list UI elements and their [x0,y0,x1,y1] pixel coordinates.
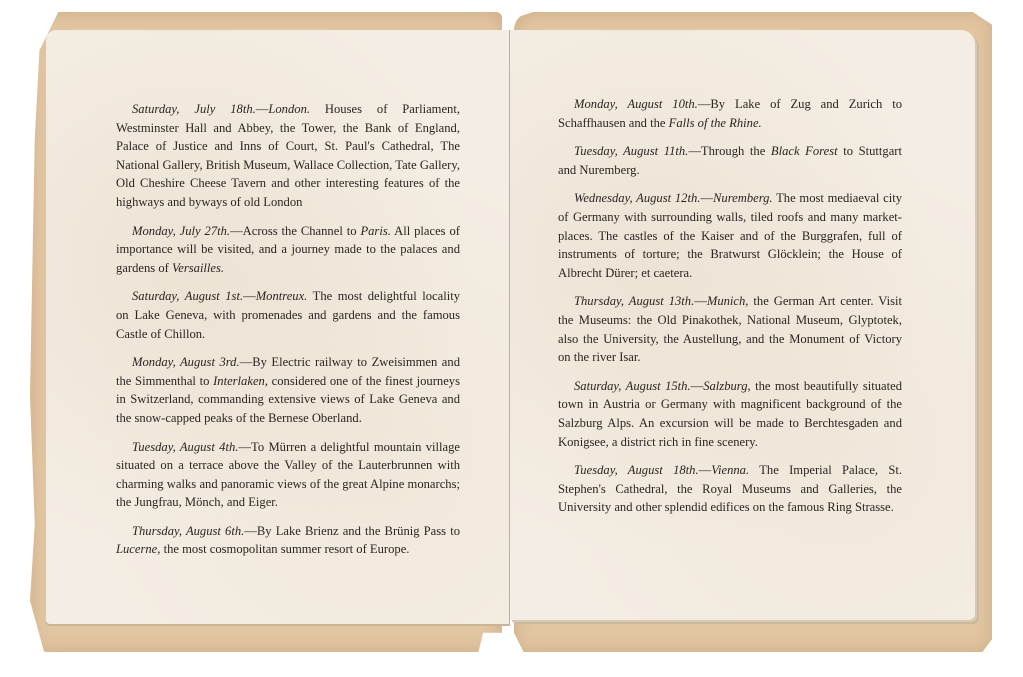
itinerary-entry-murren: Tuesday, August 4th.—To Mürren a delight… [116,438,460,512]
entry-date: Saturday, August 1st. [132,289,243,303]
dash: — [700,191,713,205]
itinerary-entry-nuremberg: Wednesday, August 12th.—Nuremberg. The m… [558,189,902,282]
dash: — [699,463,712,477]
itinerary-entry-montreux: Saturday, August 1st.—Montreux. The most… [116,287,460,343]
left-page-text: Saturday, July 18th.—London. Houses of P… [116,100,460,569]
entry-date: Saturday, July 18th. [132,102,256,116]
entry-text: Through the [701,144,771,158]
entry-text: Across the Channel to [243,224,361,238]
dash: — [230,224,243,238]
entry-place: Salzburg, [703,379,750,393]
entry-date: Monday, August 10th. [574,97,698,111]
itinerary-entry-salzburg: Saturday, August 15th.—Salzburg, the mos… [558,377,902,451]
entry-place: Interlaken, [213,374,268,388]
entry-date: Monday, August 3rd. [132,355,240,369]
dash: — [694,294,707,308]
dash: — [688,144,701,158]
entry-date: Tuesday, August 4th. [132,440,238,454]
dash: — [240,355,253,369]
entry-date: Monday, July 27th. [132,224,230,238]
itinerary-entry-munich: Thursday, August 13th.—Munich, the Germa… [558,292,902,366]
entry-place: Vienna. [711,463,749,477]
entry-place: Montreux. [256,289,308,303]
entry-place: Nuremberg. [713,191,773,205]
entry-place: Versailles. [172,261,224,275]
dash: — [243,289,256,303]
itinerary-entry-black-forest: Tuesday, August 11th.—Through the Black … [558,142,902,179]
book-gutter [509,30,510,624]
itinerary-entry-lucerne: Thursday, August 6th.—By Lake Brienz and… [116,522,460,559]
entry-place: Lucerne, [116,542,160,556]
entry-place: London. [268,102,310,116]
entry-text: Houses of Parliament, Westminster Hall a… [116,102,460,209]
entry-date: Thursday, August 13th. [574,294,694,308]
itinerary-entry-vienna: Tuesday, August 18th.—Vienna. The Imperi… [558,461,902,517]
itinerary-entry-interlaken: Monday, August 3rd.—By Electric railway … [116,353,460,427]
itinerary-entry-london: Saturday, July 18th.—London. Houses of P… [116,100,460,212]
right-page-text: Monday, August 10th.—By Lake of Zug and … [558,95,902,527]
entry-date: Thursday, August 6th. [132,524,244,538]
entry-place: Paris. [360,224,390,238]
dash: — [238,440,251,454]
entry-place: Munich, [707,294,749,308]
dash: — [256,102,269,116]
itinerary-entry-rhine: Monday, August 10th.—By Lake of Zug and … [558,95,902,132]
dash: — [691,379,704,393]
entry-place: Falls of the Rhine. [669,116,762,130]
entry-date: Tuesday, August 18th. [574,463,699,477]
entry-text: the most cosmopolitan summer resort of E… [160,542,409,556]
entry-text: By Lake Brienz and the Brünig Pass to [257,524,460,538]
dash: — [698,97,711,111]
dash: — [244,524,257,538]
entry-date: Wednesday, August 12th. [574,191,700,205]
entry-date: Tuesday, August 11th. [574,144,688,158]
itinerary-entry-paris: Monday, July 27th.—Across the Channel to… [116,222,460,278]
entry-date: Saturday, August 15th. [574,379,691,393]
entry-place: Black Forest [771,144,838,158]
